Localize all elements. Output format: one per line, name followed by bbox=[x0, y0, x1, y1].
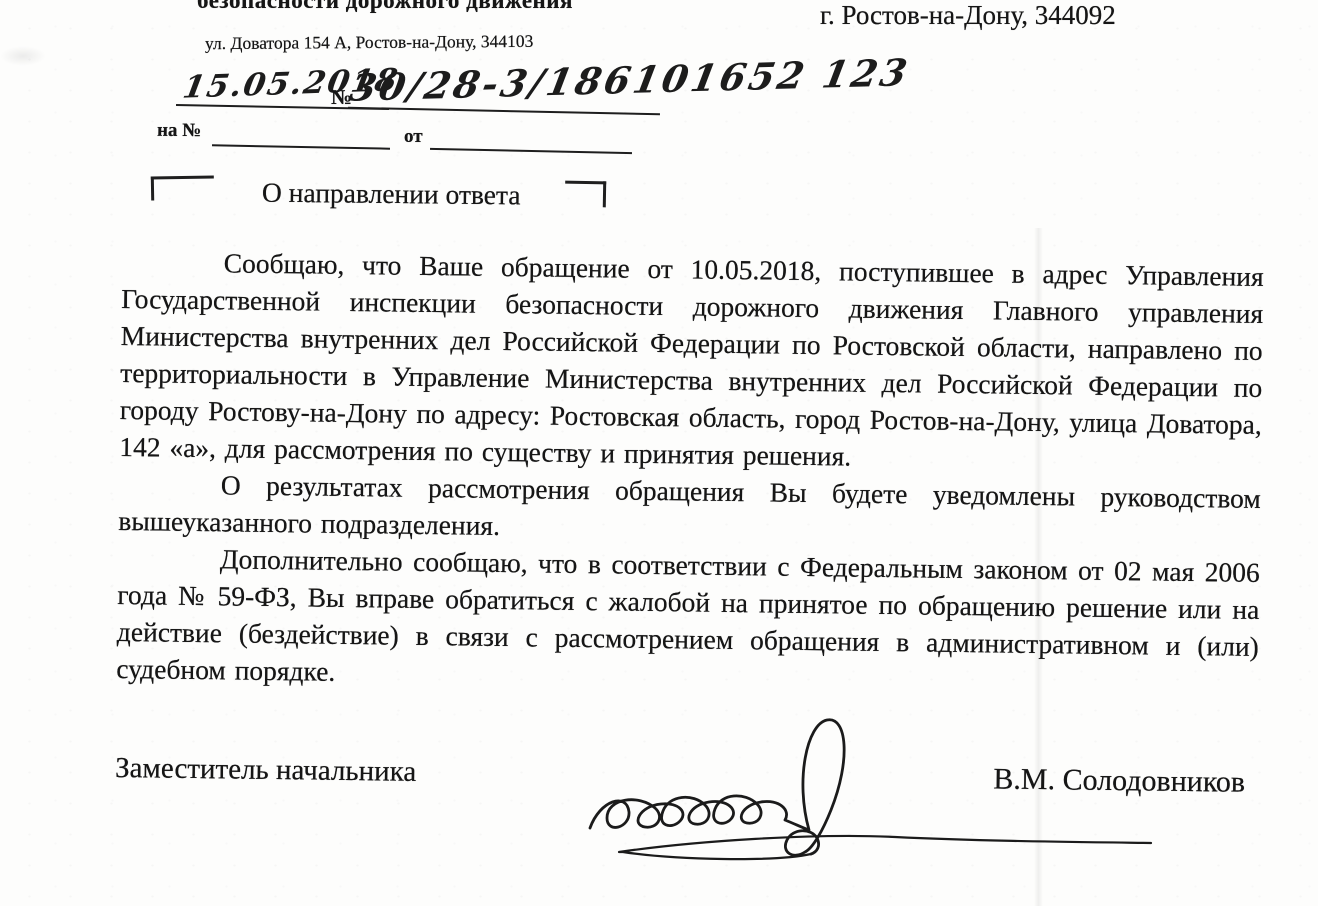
signer-title: Заместитель начальника bbox=[115, 750, 417, 791]
org-name-line-clipped: безопасности дорожного движения bbox=[150, 0, 620, 14]
address-corner-mark-left-icon bbox=[151, 175, 214, 200]
handwritten-signature-icon bbox=[555, 700, 1175, 880]
scanned-letter-page: безопасности дорожного движения ул. Дова… bbox=[0, 0, 1318, 906]
handwritten-outgoing-number: 30/28-3/186101652 123 bbox=[346, 50, 913, 110]
org-address-line: ул. Доватора 154 А, Ростов-на-Дону, 3441… bbox=[205, 31, 533, 54]
scan-smudge-artifact bbox=[0, 46, 46, 66]
reply-from-date-label: от bbox=[404, 126, 423, 148]
number-underline bbox=[348, 107, 660, 116]
recipient-city-line: г. Ростов-на-Дону, 344092 bbox=[820, 0, 1116, 31]
reply-from-date-blank-line bbox=[430, 148, 632, 154]
body-paragraph: Сообщаю, что Ваше обращение от 10.05.201… bbox=[119, 243, 1264, 480]
subject-line: О направлении ответа bbox=[262, 177, 521, 212]
address-corner-mark-right-icon bbox=[565, 181, 606, 208]
scan-fold-artifact bbox=[1034, 228, 1043, 906]
body-paragraph: Дополнительно сообщаю, что в соответстви… bbox=[116, 539, 1260, 702]
reply-to-number-label: на № bbox=[157, 120, 202, 142]
reply-to-number-blank-line bbox=[212, 144, 390, 149]
